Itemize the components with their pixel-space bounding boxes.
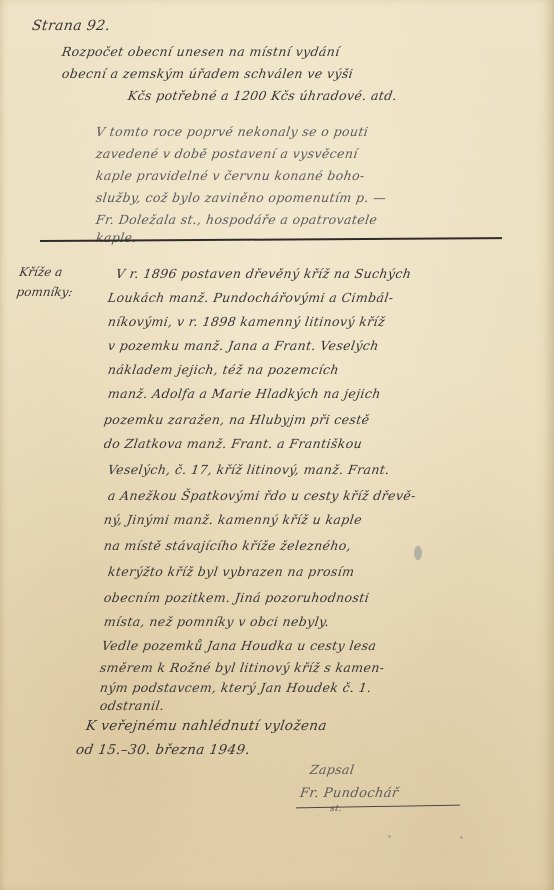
- chapel-line-6: kaple.: [95, 230, 138, 245]
- chapel-line-5: Fr. Doležala st., hospodáře a opatrovate…: [95, 212, 378, 227]
- crosses-line-15: místa, než pomníky v obci nebyly.: [103, 614, 330, 629]
- crosses-line-19: odstranil.: [99, 698, 166, 713]
- crosses-line-16: Vedle pozemků Jana Houdka u cesty lesa: [101, 638, 377, 653]
- crosses-line-5: nákladem jejich, též na pozemcích: [107, 362, 340, 377]
- budget-line-3: Kčs potřebné a 1200 Kčs úhradové. atd.: [127, 88, 398, 103]
- signature: Fr. Pundochář: [299, 786, 400, 801]
- crosses-line-9: Veselých, č. 17, kříž litinový, manž. Fr…: [107, 462, 391, 477]
- ink-spot: [460, 836, 463, 839]
- crosses-line-4: v pozemku manž. Jana a Frant. Veselých: [107, 338, 380, 353]
- budget-line-2: obecní a zemským úřadem schválen ve výši: [61, 66, 354, 81]
- crosses-line-1: V r. 1896 postaven dřevěný kříž na Suchý…: [115, 266, 412, 281]
- closing-line-2: od 15.–30. března 1949.: [75, 742, 251, 758]
- ink-spot: [388, 835, 391, 838]
- crosses-line-11: ný, Jinými manž. kamenný kříž u kaple: [103, 512, 363, 527]
- budget-line-1: Rozpočet obecní unesen na místní vydání: [61, 44, 341, 59]
- crosses-line-6: manž. Adolfa a Marie Hladkých na jejich: [107, 386, 382, 401]
- crosses-line-14: obecním pozitkem. Jiná pozoruhodnosti: [103, 590, 370, 605]
- crosses-line-8: do Zlatkova manž. Frant. a Františkou: [103, 436, 363, 451]
- crosses-line-7: pozemku zaražen, na Hlubyjm při cestě: [103, 412, 371, 427]
- crosses-line-13: kterýžto kříž byl vybrazen na prosím: [107, 564, 356, 579]
- crosses-line-10: a Anežkou Špatkovými řdo u cesty kříž dř…: [107, 488, 417, 503]
- margin-label-line-1: Kříže a: [18, 262, 77, 282]
- signature-underline: [296, 805, 460, 809]
- signature-suffix: st.: [329, 804, 343, 814]
- chapel-line-2: zavedené v době postavení a vysvěcení: [95, 146, 359, 161]
- crosses-line-2: Loukách manž. Pundochářovými a Cimbál-: [107, 290, 395, 305]
- ink-blot: [414, 546, 422, 560]
- margin-label-line-2: pomníky:: [15, 282, 74, 302]
- page-header: Strana 92.: [31, 18, 112, 34]
- document-page: Strana 92. Rozpočet obecní unesen na mís…: [0, 0, 554, 890]
- chapel-line-1: V tomto roce poprvé nekonaly se o pouti: [95, 124, 369, 139]
- closing-line-1: K veřejnému nahlédnutí vyložena: [85, 718, 328, 734]
- crosses-line-18: ným podstavcem, který Jan Houdek č. 1.: [99, 680, 373, 695]
- signed-label: Zapsal: [309, 762, 356, 777]
- margin-label: Kříže a pomníky:: [15, 262, 77, 302]
- chapel-line-4: služby, což bylo zaviněno opomenutím p. …: [95, 190, 387, 205]
- crosses-line-17: směrem k Rožné byl litinový kříž s kamen…: [99, 660, 386, 675]
- crosses-line-12: na místě stávajícího kříže železného,: [103, 538, 352, 553]
- chapel-line-3: kaple pravidelné v červnu konané boho-: [95, 168, 366, 183]
- crosses-line-3: níkovými, v r. 1898 kamenný litinový kří…: [107, 314, 386, 329]
